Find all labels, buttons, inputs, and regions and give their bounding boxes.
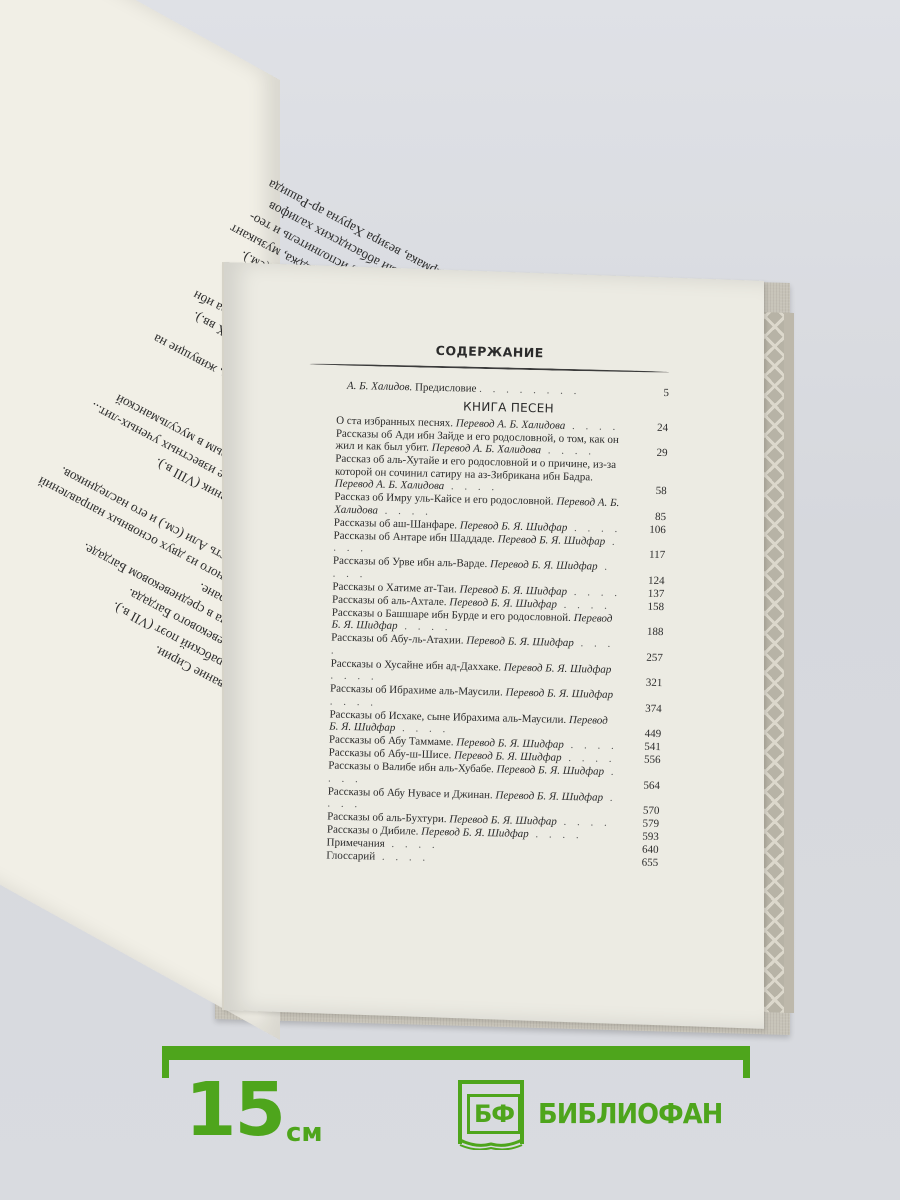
toc-entry-page: 58: [633, 484, 667, 497]
toc-entries: О ста избранных песнях. Перевод А. Б. Ха…: [298, 413, 668, 869]
toc-entry-page: 449: [627, 727, 661, 740]
toc-entry-page: 124: [630, 574, 664, 587]
brand-name: БИБЛИОФАН: [538, 1097, 722, 1130]
toc-entry-page: 257: [629, 651, 663, 664]
scale-value: 15: [185, 1070, 284, 1150]
toc-entry-page: 564: [626, 779, 660, 792]
toc-entry-translator: Перевод Б. Я. Шидфар: [449, 813, 557, 827]
toc-entry-page: 188: [629, 625, 663, 638]
toc-entry-title: Рассказы об Абу-ль-Атахии.: [331, 632, 464, 647]
toc-entry-page: 137: [630, 587, 664, 600]
toc-entry-page: 158: [630, 600, 664, 613]
toc-entry-title: Примечания: [326, 837, 384, 850]
toc-entry-translator: Перевод Б. Я. Шидфар: [505, 687, 613, 701]
toc-entry-page: 29: [633, 446, 667, 459]
toc-entry-page: 640: [624, 843, 658, 856]
toc-entry-page: 117: [631, 548, 665, 561]
toc-entry-translator: Перевод А. Б. Халидова: [335, 478, 445, 492]
preface-author: А. Б. Халидов.: [347, 380, 413, 393]
toc-entry-page: 541: [627, 740, 661, 753]
toc-entry-translator: Перевод Б. Я. Шидфар: [421, 826, 529, 840]
toc-entry-translator: Перевод Б. Я. Шидфар: [459, 583, 567, 597]
book-pages-icon: [458, 1138, 524, 1150]
logo-mark: БФ: [467, 1094, 521, 1134]
toc-entry-page: 106: [632, 523, 666, 536]
book-photo: ...вое название Сирии....мах) — арабский…: [0, 0, 900, 1200]
toc-entry-page: 570: [625, 804, 659, 817]
toc-entry-translator: Перевод Б. Я. Шидфар: [466, 635, 574, 649]
toc-entry-translator: Перевод Б. Я. Шидфар: [490, 558, 598, 572]
toc-entry-translator: Перевод Б. Я. Шидфар: [454, 749, 562, 763]
section-heading: КНИГА ПЕСЕН: [348, 396, 668, 417]
toc-entry-translator: Перевод Б. Я. Шидфар: [456, 736, 564, 750]
toc-entry-page: 321: [628, 676, 662, 689]
toc-entry-title: Глоссарий: [326, 850, 375, 863]
toc-entry-page: 655: [624, 856, 658, 869]
toc-entry-translator: Перевод Б. Я. Шидфар: [495, 789, 603, 803]
toc-entry-translator: Перевод Б. Я. Шидфар: [460, 519, 568, 533]
preface-page: 5: [635, 386, 669, 399]
table-of-contents: СОДЕРЖАНИЕ А. Б. Халидов. Предисловие . …: [298, 340, 670, 870]
toc-divider: [309, 363, 669, 373]
toc-entry-page: 85: [632, 510, 666, 523]
toc-entry-page: 593: [625, 830, 659, 843]
bibliofan-logo-icon: БФ: [458, 1080, 524, 1150]
toc-entry-translator: Перевод Б. Я. Шидфар: [498, 533, 606, 547]
toc-entry-page: 374: [628, 702, 662, 715]
toc-entry-page: 24: [634, 421, 668, 434]
toc-entry-page: 579: [625, 817, 659, 830]
toc-entry-translator: Перевод Б. Я. Шидфар: [504, 661, 612, 675]
toc-entry-translator: Перевод Б. Я. Шидфар: [496, 763, 604, 777]
toc-entry-translator: Перевод Б. Я. Шидфар: [449, 596, 557, 610]
preface-title: Предисловие: [415, 381, 477, 394]
scale-unit: см: [286, 1118, 323, 1148]
toc-entry-translator: Перевод А. Б. Халидова: [432, 442, 542, 456]
toc-entry-translator: Перевод А. Б. Халидова: [456, 417, 566, 431]
toc-entry-title: Рассказы о Дибиле.: [327, 824, 419, 838]
scale-ruler-bar: [162, 1046, 750, 1060]
toc-entry-page: 556: [626, 753, 660, 766]
